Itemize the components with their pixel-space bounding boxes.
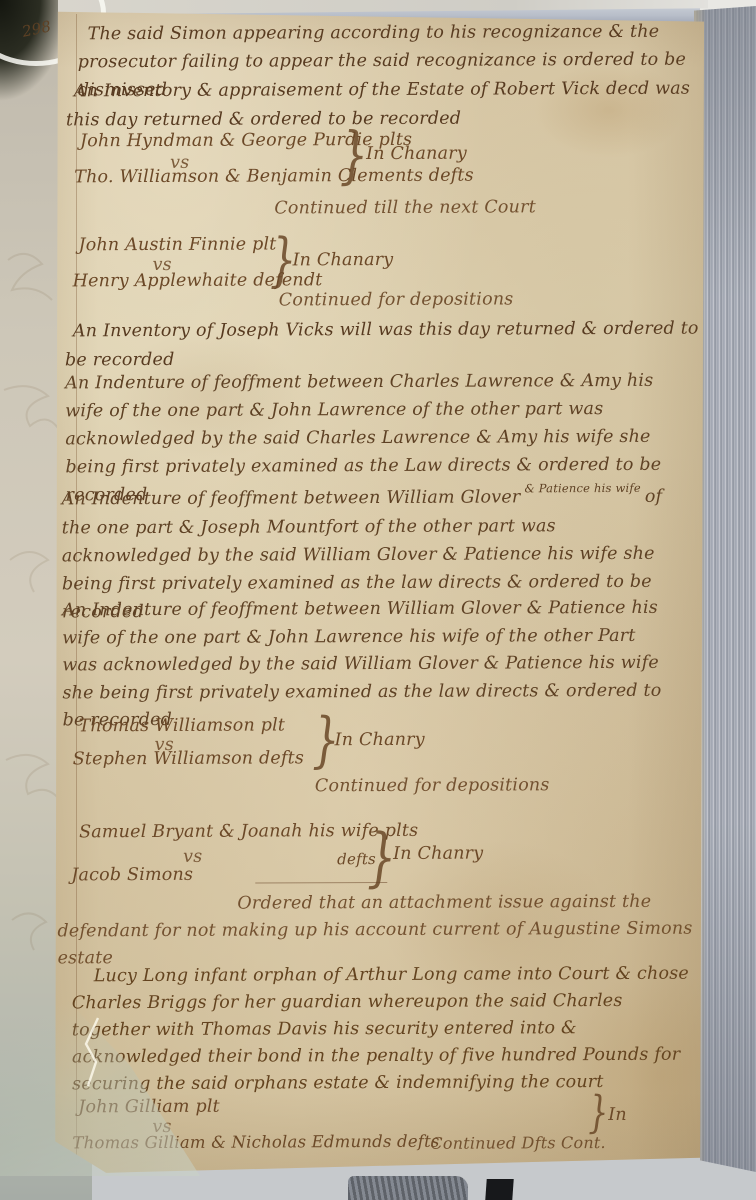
cradle-fabric <box>348 1176 468 1200</box>
disposition-line: Continued for depositions <box>315 775 550 796</box>
paper-crack-highlight <box>82 1016 106 1096</box>
entry-finnie-case: John Austin Finnie plt vs Henry Applewha… <box>52 227 704 320</box>
entry-hyndman-case: John Hyndman & George Purdie plts vs Tho… <box>52 121 704 224</box>
court-label: In Chanary <box>366 144 467 164</box>
defendant-line: Jacob Simons <box>71 865 193 886</box>
document-photo: 298 The said Simon appearing according t… <box>0 0 756 1200</box>
court-label: In Chanry <box>335 730 425 750</box>
entry-williamson-case: Thomas Williamson plt vs Stephen William… <box>55 709 707 808</box>
court-label: In Chanry <box>393 844 483 864</box>
order-text: Ordered that an attachment issue against… <box>57 889 702 973</box>
plaintiff-line: Thomas Williamson plt <box>79 715 286 736</box>
cradle-slot-shadow <box>485 1179 513 1200</box>
defendant-line: Tho. Williamson & Benjamin Clements deft… <box>74 166 474 188</box>
disposition-line: Continued for depositions <box>279 289 514 310</box>
interlined-insertion: & Patience his wife <box>524 474 641 503</box>
bleedthrough-marks <box>2 240 60 1000</box>
plaintiff-line: John Austin Finnie plt <box>78 234 276 255</box>
entry-lucy-long-guardianship: Lucy Long infant orphan of Arthur Long c… <box>72 961 701 1099</box>
feoffment-text-before: An Indenture of feoffment between Willia… <box>62 487 521 509</box>
disposition-line: Continued Dfts Cont. <box>430 1133 605 1153</box>
disposition-line: Continued till the next Court <box>274 197 536 218</box>
defendant-line: Stephen Williamson defts <box>73 748 304 769</box>
court-label: In <box>608 1105 627 1125</box>
brace-mark: } <box>367 826 397 890</box>
brace-mark: } <box>340 124 369 186</box>
court-label: In Chanary <box>293 250 394 270</box>
manuscript-page: The said Simon appearing according to hi… <box>54 10 706 1174</box>
brace-mark: } <box>588 1091 608 1135</box>
court-record-entries: The said Simon appearing according to hi… <box>51 9 708 1176</box>
entry-bryant-case: Samuel Bryant & Joanah his wife plts vs … <box>55 815 708 968</box>
